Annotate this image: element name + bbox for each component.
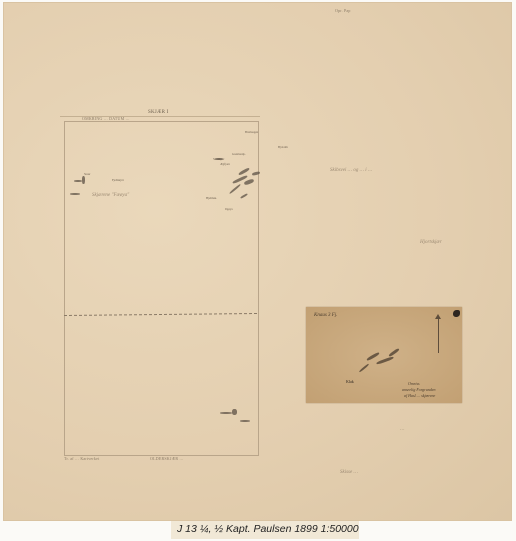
island <box>388 348 400 357</box>
map-caption: J 13 ¼, ½ Kapt. Paulsen 1899 1:50000 <box>177 523 359 535</box>
inset-caption-3: af Hasl…. skjærene <box>404 393 435 398</box>
island <box>220 412 232 414</box>
island <box>74 180 82 182</box>
island <box>240 420 250 422</box>
island-label: Storskjær <box>213 157 225 161</box>
island-label: Fjellskjær <box>112 178 124 182</box>
island <box>82 176 85 184</box>
island <box>376 356 394 365</box>
margin-note: Skibsvei … og … i … <box>330 168 372 173</box>
island <box>232 409 237 415</box>
island <box>70 193 80 195</box>
inset-top-label: Knaus 3 Fj. <box>314 313 337 318</box>
north-arrow-icon <box>438 317 439 353</box>
island-label: Bj.holm <box>278 145 288 149</box>
bottom-left-text: Tr. af … Kartverket <box>64 456 99 461</box>
inset-caption-1: Omriss <box>408 381 420 386</box>
island-label: Ægfjorn <box>220 162 230 166</box>
inset-sketch: Knaus 3 Fj. Klak Omriss anseelig Forgrun… <box>306 307 462 403</box>
island-label: Hjelmsk. <box>206 196 217 200</box>
main-island-label: Skjærene "Fæøya" <box>92 193 129 198</box>
inset-caption-2: anseelig Forgrunden <box>402 387 436 392</box>
bottom-strip-text: OLDERSKJÆR … <box>150 456 184 461</box>
corner-note: Opr. Pap <box>335 8 351 13</box>
margin-note-2: Hjortskjær <box>420 240 442 245</box>
island-label: Bratlaugen <box>245 130 258 134</box>
map-top-title: SKJÆR I <box>148 110 168 115</box>
island <box>359 363 369 372</box>
lower-right-note: … <box>400 427 404 432</box>
ink-blot <box>453 310 460 317</box>
island-label: Ilgøya <box>225 207 233 211</box>
island-label: Staur <box>84 172 90 176</box>
map-frame <box>64 121 259 456</box>
island <box>366 352 380 362</box>
bottom-note: Skisse … <box>340 470 358 475</box>
island-label: Grønlandp. <box>232 152 246 156</box>
inset-label-left: Klak <box>346 379 354 384</box>
